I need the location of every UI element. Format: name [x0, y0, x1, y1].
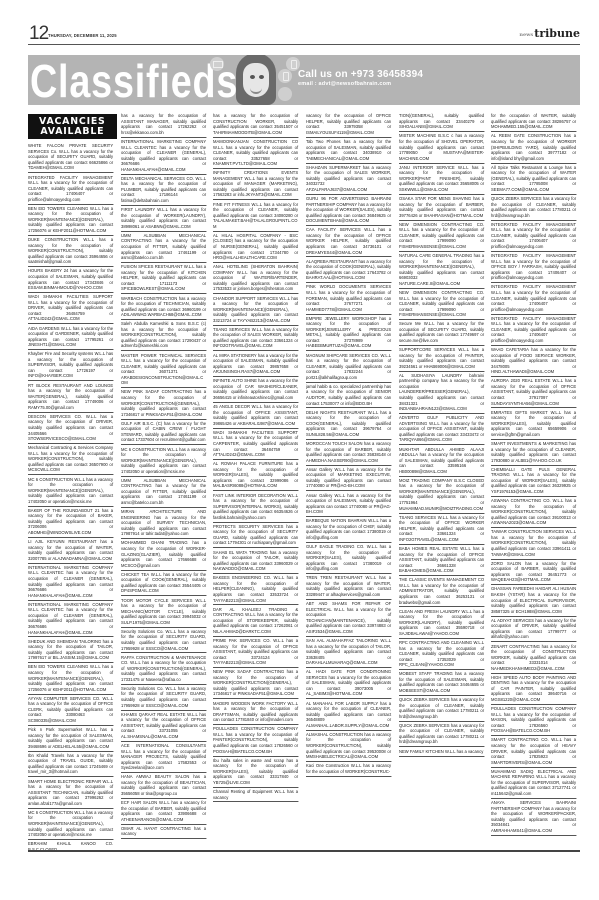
- column-1: VACANCIES AVAILABLE WHITE FALCON PRIVATE…: [28, 112, 117, 850]
- classified-ad: CHANDOR SUPPORT SERVICES W.L.L has a vac…: [213, 294, 298, 325]
- classified-ad: INTERNATIONAL MARKETING COMPANY W.L.L CL…: [121, 138, 206, 175]
- classified-ad: JANU INTERIOR SERVICE W.L.L has a vacanc…: [399, 164, 484, 195]
- classified-ad: DAR AL KHALEEJ TRADING & CONTRACTING W.L…: [213, 605, 298, 636]
- classified-ad: EBRAHIM KHALIL KANOO CO. B.S.C.CLOSED: [28, 840, 113, 850]
- classified-ad: ACE INTERNATIONAL CONSULTANTS W.L.L has …: [121, 742, 206, 773]
- classified-ad: FIRST LAUNDRY W.L.L has a vacancy for th…: [121, 206, 206, 232]
- classified-ad: THE CLASSIC EVENTS MANAGEMENT CO W.L.L h…: [399, 576, 484, 607]
- classified-ad: RAFFA CONSTRUCTION & MAINTENANCE CO. W.L…: [121, 653, 206, 684]
- classified-ad: INTEGRATED FACILITY MANAGEMENT W.L.L has…: [28, 173, 113, 204]
- column-5: TION)(GENERAL), suitably qualified appli…: [399, 112, 488, 850]
- classified-ad: AL MANAHAL FOR LABOR SUPPLY has a vacanc…: [306, 699, 391, 730]
- classified-ad: NEW DIMENSION CONTRACTING CO. W.L.L has …: [399, 221, 484, 252]
- classified-ad: SAN AAL ALMAHAFFAZ TAILORING W.L.L has a…: [306, 637, 391, 668]
- page-number: 12: [29, 24, 48, 44]
- classified-ad: FUSION SPICES RESTAURANT W.L.L has a vac…: [121, 263, 206, 294]
- classified-ad: MOIZ TRADING COMPANY B.S.C CLOSED has a …: [399, 477, 484, 514]
- classified-ad: MUHAMMAD SADIQ ELECTRICAL AND MACHINE RE…: [491, 768, 576, 799]
- classified-ad: INFINITE AUTO SHINE has a vacancy for th…: [213, 377, 298, 403]
- bottom-divider: [28, 850, 580, 852]
- classified-ad: WAAD CAFETARIA has a vacancy for the occ…: [491, 346, 576, 377]
- classified-ad: ANAL HOTELING (SHERATON BAHRAIN) COMPANY…: [213, 263, 298, 294]
- classified-ad: BAKER OF THE ROUNDABOUT 21 has a vacancy…: [28, 507, 113, 538]
- classified-ad: WADI SHMAKHI FACILITIES SUPPORT W.L.L ha…: [28, 293, 113, 324]
- email-address[interactable]: email : advt@newsofbahrain.com: [298, 81, 423, 87]
- classified-ad: BEN EID TOWERS CLEANING W.L.L has a vaca…: [28, 205, 113, 236]
- classified-ad: has a vacancy for the occupation of ASSI…: [121, 112, 206, 138]
- classified-ad: ZORO SALON has a vacancy for the occupat…: [491, 560, 576, 586]
- classified-ad: INTEGRATED FACILITY MANAGEMENT W.L.L has…: [491, 283, 576, 314]
- classified-ad: HIGH SPEED AUTO BODY PAINTING AND DENTIN…: [491, 674, 576, 705]
- classified-ad: DESCON SERVICES CO. W.L.L has a vacancy …: [28, 413, 113, 444]
- classified-ad: MOHAMMED GHANI TRADING has a vacancy for…: [121, 539, 206, 570]
- classified-ad: Security Solutions Co. W.L.L has a vacan…: [121, 628, 206, 654]
- classified-columns: VACANCIES AVAILABLE WHITE FALCON PRIVATE…: [28, 112, 580, 850]
- classified-ad: vacancy for the occupation of OFFICE HEL…: [306, 112, 391, 138]
- classified-ad: TREN TREN RESTAURANT W.L.L has a vacancy…: [306, 574, 391, 600]
- classified-ad: PRIME PAK SERVICES CO. W.L.L has a vacan…: [213, 637, 298, 668]
- classified-ad: FAST LINK INTERIOR DECORATION W.L.L has …: [213, 491, 298, 522]
- classified-ad: CLEAN AND FRESH LAUNDRY W.L.L has a vaca…: [399, 607, 484, 638]
- column-2: has a vacancy for the occupation of ASSI…: [121, 112, 210, 850]
- classified-ad: 45 ANGLE DECOR W.L.L has a vacancy for t…: [213, 403, 298, 429]
- classified-ad: SHEDUK AND SHEMDAN TAILORING has a vacan…: [28, 637, 113, 663]
- classified-ad: OMAR AL HAYAT CONTRACTING has a vacancy: [121, 825, 206, 840]
- classified-ad: Secure Me W.L.L has a vacancy for the oc…: [399, 320, 484, 346]
- column-3: has a vacancy for the occupation of CONS…: [213, 112, 302, 850]
- classified-ad: UMM ALSUBBAN MECHANICAL CONTRACTING has …: [121, 232, 206, 263]
- classified-ad: has a vacancy for the occupation of CONS…: [213, 112, 298, 138]
- classified-ad: RT BLOCK RESTAURANT AND LOUNGE has a vac…: [28, 381, 113, 412]
- classified-ad: SAHAB EL WATA TRADING has a vacancy for …: [213, 548, 298, 574]
- classified-ad: INTERNATIONAL MARKETING COMPANY W.L.L CL…: [28, 601, 113, 638]
- classified-ad: INTEGRATED FACILITY MANAGEMENT W.L.L has…: [491, 252, 576, 283]
- classified-ad: RPC CONTRACTING AND CLEANING W.L.L has a…: [399, 639, 484, 670]
- classified-ad: AL HADI GATE FOR CONDITIONING SERVICES h…: [306, 668, 391, 699]
- classified-ad: WADI SHMAKHI FACILITIES SUPPORT W.L.L ha…: [213, 429, 298, 460]
- web-icon: [278, 87, 292, 101]
- call-number[interactable]: Call us on +973 36458394: [298, 69, 423, 80]
- classified-ad: UMM ALSUBBAN MECHANICAL CONTRACTING has …: [121, 477, 206, 508]
- classified-ad: QUICK ZEBRA SERVICES has a vacancy for t…: [491, 195, 576, 221]
- classified-ad: CHEMBALLI GATE PULS GENERAL TRADING W.L.…: [491, 466, 576, 497]
- classified-ad: EMPIRE JEWELLERY WORKSHOP has a vacancy …: [306, 315, 391, 352]
- classified-ad: Pick n Park Supermarket W.L.L has a vaca…: [28, 726, 113, 752]
- classified-ad: for the occupation of WAITER, suitably q…: [491, 112, 576, 132]
- classified-ad: BEN EID TOWERS CLEANING W.L.L has a vaca…: [28, 663, 113, 694]
- classified-ad: Khayber Fire and Security systems W.L.L …: [28, 350, 113, 381]
- classified-ad: AYYAN COMPUTER SERVICES CO. W.L.L has a …: [28, 695, 113, 726]
- mail-icon: [210, 57, 224, 71]
- classified-ad: INTERNATIONAL MARKETING COMPANY W.L.L CL…: [28, 564, 113, 601]
- classified-ad: POULLADES CONSTRUCTION COMPANY W.L.L has…: [491, 705, 576, 736]
- classified-ad: ADVERTO GULF PUBLICITY AND ADVERTISING W…: [399, 414, 484, 445]
- classified-ad: NEW DIMENSION CONTRACTING CO. W.L.L has …: [399, 289, 484, 320]
- classified-ad: BARBEQUE NATION BAHRAIN W.L.L has a vaca…: [306, 517, 391, 543]
- classified-ad: QUICK ZEBRA SERVICES has a vacancy for t…: [399, 722, 484, 748]
- classified-ad: AL ADIYAT SERVICES has a vacancy for the…: [491, 617, 576, 643]
- column-4: vacancy for the occupation of OFFICE HEL…: [306, 112, 395, 850]
- classified-ad: MC 6 CONSTRUCTION W.L.L has a vacancy fo…: [28, 809, 113, 840]
- classified-ad: ABT AND SHAMS FOR REPAIR OF ELECTRICAL W…: [306, 600, 391, 637]
- classified-ad: NEW PINK SADAF CONTRACTING has a vacancy…: [213, 668, 298, 699]
- classified-ad: INTEGRATED FACILITY MANAGEMENT W.L.L has…: [491, 315, 576, 346]
- operator-avatar-icon: [236, 55, 276, 105]
- classified-ad: INTEGRATED FACILITY MANAGEMENT W.L.L has…: [491, 221, 576, 252]
- classified-ad: NEW FAMILY KITCHEN W.L.L has a vacancy: [399, 747, 484, 756]
- classified-ad: DELHI NIGHTS RESTAURANT W.L.L has a vaca…: [306, 408, 391, 439]
- logo-text: tribune: [534, 27, 580, 40]
- classified-ad: AURORA 2020 REAL ESTATE W.L.L has a vaca…: [491, 377, 576, 408]
- classified-ad: BABA HOMES REAL ESTATE W.L.L has a vacan…: [399, 545, 484, 576]
- classified-ad: Saleh Abdulla Kameshki & Sons B.S.C (c) …: [121, 320, 206, 351]
- classified-ad: TAIWAR CONSTRUCTION SERVICES W.L.L has a…: [491, 528, 576, 559]
- classified-ad: Tab Two Phones has a vacancy for the occ…: [306, 138, 391, 164]
- classified-ad: OSAKA STAR FOR MENS SHAVING has a vacanc…: [399, 195, 484, 221]
- logo-prefix: news: [519, 32, 533, 38]
- classified-ad: DELTA MECHANICAL SERVICES CO. W.L.L has …: [121, 175, 206, 206]
- classified-ad: ZENART CONTRACTING has a vacancy for the…: [491, 642, 576, 673]
- classified-ad: BAKEES ENGINEERING CO. W.L.L has a vacan…: [213, 574, 298, 605]
- classified-ad: MUKHTAR ABDULLA AHMED ALAAJI ABDULLA has…: [399, 445, 484, 476]
- classified-ad: GURU 96 FOR ADVERTISING BAHRAINI PARTNER…: [306, 195, 391, 226]
- classified-ad: Ansar Gallery W.L.L has a vacancy for th…: [306, 491, 391, 517]
- classified-ad: HOURS BAKERY 24 has a vacancy for the oc…: [28, 267, 113, 293]
- classified-ad: ECF HAIR SALON W.L.L has a vacancy for t…: [121, 799, 206, 825]
- classified-ad: CAA FACILITY SERVICES W.L.L has a vacanc…: [306, 226, 391, 257]
- classified-ad: GULF EAGLE TRADING CO. W.L.L has a vacan…: [306, 543, 391, 574]
- classifieds-banner: Classifieds Call us on +973 36458394 ema…: [28, 55, 580, 105]
- classified-ad: MAMOONKANJAN CONSTRUCTION CO W.L.L has a…: [213, 138, 298, 169]
- newspaper-logo[interactable]: newstribune: [519, 27, 580, 40]
- classified-ad: All Spice Talks Restaurant & Lounge has …: [491, 164, 576, 195]
- classified-ad: Ansar Gallery W.L.L has a vacancy for th…: [306, 466, 391, 492]
- classified-ad: Kaci One Construction W.L.L has a vacanc…: [306, 762, 391, 777]
- heading-line-2: AVAILABLE: [28, 127, 117, 137]
- classified-ad: WHITE FALCON PRIVATE SECURITY SERVICES C…: [28, 142, 113, 173]
- classified-ad: WARBACH CONSTRUCTION has a vacancy for t…: [121, 294, 206, 320]
- classified-ad: AL SUDHASIYA LAUNDRY bahraini partnershi…: [399, 372, 484, 414]
- classified-ad: MC 6 CONSTRUCTION W.L.L has a vacancy fo…: [28, 475, 113, 506]
- classified-ad: AL MIRA STATIONERY has a vacancy for the…: [213, 351, 298, 377]
- classified-ad: CHICKET TEA W.L.L has a vacancy for the …: [121, 571, 206, 597]
- classified-ad: SUPPORTCORE SERVICES W.L.L has a vacancy…: [399, 346, 484, 372]
- classified-ad: Channal Renting of Equipment W.L.L has a…: [213, 788, 298, 803]
- classified-ad: HANA AMWAJ BEAUTY SALON has a vacancy fo…: [121, 773, 206, 799]
- classified-ad: AL REEM GATE CONSTRUCTION has a vacancy …: [491, 132, 576, 163]
- classified-ad: ANAYA SERVICES BAHRAINI PARTNERSHIP COMP…: [491, 799, 576, 836]
- classified-ad: TOOR MOTOR CYCLE SERVICES W.L.L has a va…: [121, 596, 206, 627]
- classified-ad: Security Solutions Co. W.L.L has a vacan…: [121, 685, 206, 711]
- classified-ad: LI AJIL KEYUNN RESTAURANT has a vacancy …: [28, 538, 113, 564]
- classified-ad: MOBEST STAFF TRADING has a vacancy for t…: [399, 670, 484, 696]
- masthead: 12 THURSDAY, DECEMBER 11, 2025 newstribu…: [28, 20, 580, 45]
- classified-ad: SMART CONTRACTING CO. W.L.L has a vacanc…: [491, 736, 576, 767]
- classified-ad: AL ROWAH PALACE FURNITURE has a vacancy …: [213, 460, 298, 491]
- classified-ad: KHAMIS QARAAT REAL ESTATE W.L.L has a va…: [121, 711, 206, 742]
- classified-ad: SHAHZAIN SUPERMARKET has a vacancy for t…: [306, 164, 391, 195]
- classified-ad: SMART INVESTMENTS & MARKETING has a vaca…: [491, 440, 576, 466]
- classified-ad: TION)(GENERAL), suitably qualified appli…: [399, 112, 484, 132]
- classified-ad: NEW PINK SADAF CONTRACTING has a vacancy…: [121, 388, 206, 419]
- classified-ad: Mechanical Contracting & Services Compan…: [28, 444, 113, 475]
- classified-ad: MIRAN ARCHITECTURE AND ENGINEERING has a…: [121, 508, 206, 539]
- classified-ad: MOROCCAN TOUCH SALON has a vacancy for t…: [306, 440, 391, 466]
- issue-date: THURSDAY, DECEMBER 11, 2025: [48, 33, 117, 38]
- classified-ad: EMIRATES GIFTS MARKET W.L.L has a vacanc…: [491, 408, 576, 439]
- classified-ad: Ibn Khalid Travels has a vacancy for the…: [28, 752, 113, 778]
- classified-ad: TSANG SERVICES W.L.L has a vacancy for t…: [399, 514, 484, 545]
- classified-ad: jamal habib & co. specialized partnershi…: [306, 383, 391, 409]
- classified-ad: MAGNUM SHIPCARE SERVICES CO. W.L.L has a…: [306, 351, 391, 382]
- classified-ad: MISTER MACHINE B.S.C c has a vacancy for…: [399, 132, 484, 163]
- classified-ad: INFINITY CREATIONS EVENTS MANAGEMENT W.L…: [213, 169, 298, 200]
- classified-ad: ASWANA CONTRACTING CO. W.L.L has a vacan…: [491, 497, 576, 528]
- classified-ad: MC 6 CONSTRUCTION W.L.L has a vacancy fo…: [121, 445, 206, 476]
- mobile-icon: [278, 69, 292, 83]
- contact-block: Call us on +973 36458394 email : advt@ne…: [278, 55, 580, 105]
- vacancies-heading: VACANCIES AVAILABLE: [28, 114, 117, 139]
- classified-ad: SMART HOME ELECTRONIC REPAIR W.L.L has a…: [28, 777, 113, 808]
- classified-ad: TSANG SERVICES W.L.L has a vacancy for t…: [213, 326, 298, 352]
- classified-ad: Ibu haifa sales in waste and scrap has a…: [213, 757, 298, 788]
- classified-ad: MADERI WOODEN WORK FACTORY W.L.L has a v…: [213, 699, 298, 725]
- classified-ad: AL HILAL HOSPITAL COMPANY - BSC (CLOSED)…: [213, 232, 298, 263]
- classified-ad: ALMASHAL CONSTRUCTION has a vacancy for …: [306, 731, 391, 762]
- classified-ad: AIDA GARDENS W.L.L has a vacancy for the…: [28, 324, 113, 350]
- classified-ad: MASTER POWER TECHNICAL SERVICES W.L.L ha…: [121, 351, 206, 388]
- classified-ad: NATURAL CARE GENERAL TRADING has a vacan…: [399, 252, 484, 289]
- classified-ad: PINK WORLD DOCUMENTS SERVICES W.L.L has …: [306, 283, 391, 314]
- classified-ad: POULLADES CONSTRUCTION COMPANY W.L.L has…: [213, 725, 298, 756]
- classified-ad: QUICK ZEBRA SERVICES has a vacancy for t…: [399, 696, 484, 722]
- column-6: for the occupation of WAITER, suitably q…: [491, 112, 580, 850]
- classified-ad: GULF AIR B.S.C. (C) has a vacancy for th…: [121, 420, 206, 446]
- classified-ad: GHASSAN FAREEDHI HAIDAR ALI HUSAIN BAKSH…: [491, 585, 576, 616]
- classified-ad: DUKE CONSTRUCTION W.L.L has a vacancy fo…: [28, 236, 113, 267]
- classified-ad: ALAQREBA RESTAURANT has a vacancy for th…: [306, 257, 391, 283]
- classified-ad: PROTECTS SECURITY SERVICES has a vacancy…: [213, 523, 298, 549]
- classified-ad: FINE FIT FITNESS W.L.L has a vacancy for…: [213, 200, 298, 231]
